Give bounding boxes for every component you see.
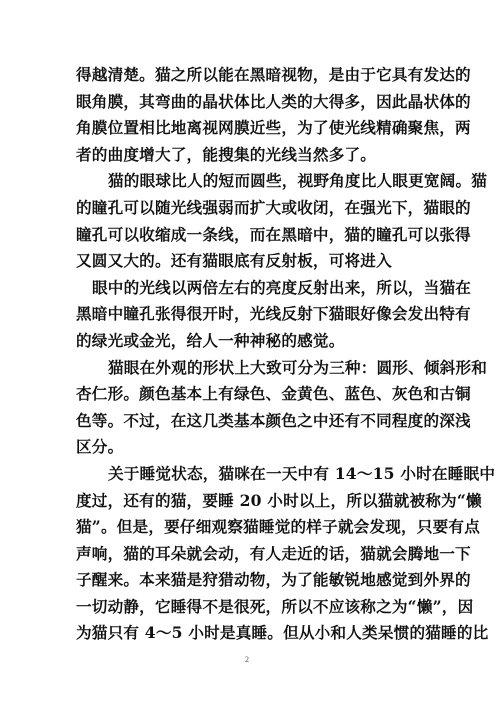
text-line: 色等。不过，在这几类基本颜色之中还有不同程度的深浅 (76, 408, 416, 435)
text-line: 得越清楚。猫之所以能在黑暗视物，是由于它具有发达的 (76, 62, 416, 89)
text-line: 黑暗中瞳孔张得很开时，光线反射下猫眼好像会发出特有 (76, 301, 416, 328)
text-line: 眼角膜，其弯曲的晶状体比人类的大得多，因此晶状体的 (76, 89, 416, 116)
text-line: 声响，猫的耳朵就会动，有人走近的话，猫就会腾地一下 (76, 541, 416, 568)
body-text: 得越清楚。猫之所以能在黑暗视物，是由于它具有发达的 眼角膜，其弯曲的晶状体比人类… (76, 62, 416, 647)
text-line: 度过，还有的猫，要睡 20 小时以上，所以猫就被称为“懒 (76, 488, 416, 515)
paragraph-first-line: 关于睡觉状态，猫咪在一天中有 14～15 小时在睡眠中 (76, 461, 416, 488)
text-line: 的绿光或金光，给人一种神秘的感觉。 (76, 328, 416, 355)
text-line: 为猫只有 4～5 小时是真睡。但从小和人类呆惯的猫睡的比 (76, 620, 416, 647)
document-page: 得越清楚。猫之所以能在黑暗视物，是由于它具有发达的 眼角膜，其弯曲的晶状体比人类… (0, 0, 500, 707)
text-line: 子醒来。本来猫是狩猎动物，为了能敏锐地感觉到外界的 (76, 567, 416, 594)
paragraph-first-line: 猫的眼球比人的短而圆些，视野角度比人眼更宽阔。猫 (76, 168, 416, 195)
page-number: 2 (245, 655, 249, 664)
text-line: 一切动静，它睡得不是很死，所以不应该称之为“懒”，因 (76, 594, 416, 621)
text-line: 的瞳孔可以随光线强弱而扩大或收闭，在强光下，猫眼的 (76, 195, 416, 222)
text-line: 猫”。但是，要仔细观察猫睡觉的样子就会发现，只要有点 (76, 514, 416, 541)
text-line: 区分。 (76, 434, 416, 461)
paragraph-first-line: 猫眼在外观的形状上大致可分为三种：圆形、倾斜形和 (76, 355, 416, 382)
text-line: 眼中的光线以两倍左右的亮度反射出来，所以，当猫在 (76, 275, 416, 302)
text-line: 者的曲度增大了，能搜集的光线当然多了。 (76, 142, 416, 169)
text-line: 又圆又大的。还有猫眼底有反射板，可将进入 (76, 248, 416, 275)
text-line: 角膜位置相比地离视网膜近些，为了使光线精确聚焦，两 (76, 115, 416, 142)
text-line: 瞳孔可以收缩成一条线，而在黑暗中，猫的瞳孔可以张得 (76, 222, 416, 249)
text-line: 杏仁形。颜色基本上有绿色、金黄色、蓝色、灰色和古铜 (76, 381, 416, 408)
